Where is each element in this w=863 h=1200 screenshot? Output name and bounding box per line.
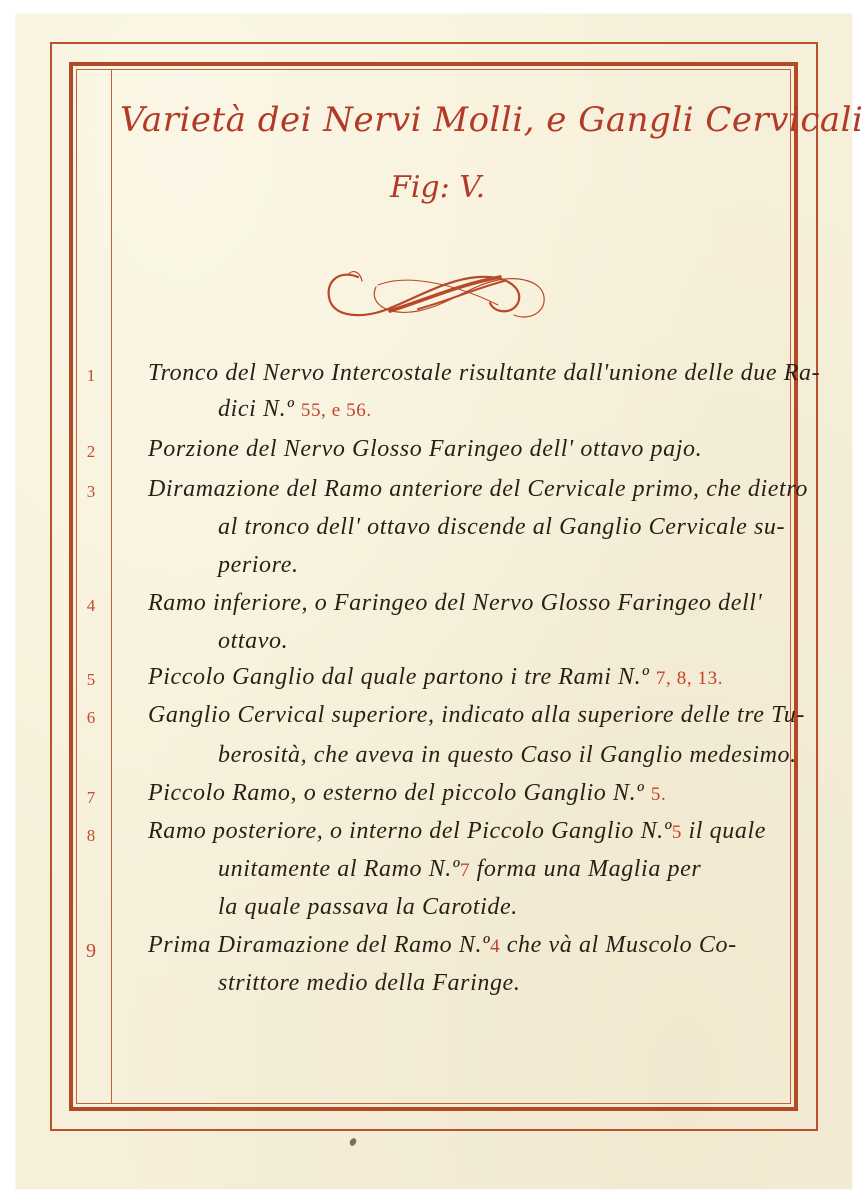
entry-number-4: 4 <box>78 596 104 616</box>
entry-9-line-1-text: Prima Diramazione del Ramo N.º <box>148 932 490 958</box>
entry-1-line-2-text: dici N.º <box>218 396 294 422</box>
entry-number-8: 8 <box>78 826 104 846</box>
figure-label: Fig: V. <box>390 170 485 205</box>
entry-number-3: 3 <box>78 482 104 502</box>
entry-1-refs: 55, e 56. <box>301 400 372 421</box>
entry-8-line-1-after: il quale <box>682 818 766 844</box>
entry-number-5: 5 <box>78 670 104 690</box>
entry-8-line-2-after: forma una Maglia per <box>470 856 701 882</box>
flourish-ornament-icon <box>318 263 554 327</box>
entry-9-ref: 4 <box>490 936 500 957</box>
entry-1-line-2: dici N.º 55, e 56. <box>218 396 372 423</box>
entry-5-line-1: Piccolo Ganglio dal quale partono i tre … <box>148 664 723 691</box>
entry-8-line-3: la quale passava la Carotide. <box>218 894 518 921</box>
entry-number-7: 7 <box>78 788 104 808</box>
entry-7-refs: 5. <box>651 784 666 805</box>
entry-4-line-1: Ramo inferiore, o Faringeo del Nervo Glo… <box>148 590 762 617</box>
entry-6-line-1: Ganglio Cervical superiore, indicato all… <box>148 702 805 729</box>
entry-8-line-2: unitamente al Ramo N.º7 forma una Maglia… <box>218 856 701 883</box>
entry-3-line-2: al tronco dell' ottavo discende al Gangl… <box>218 514 785 541</box>
margin-rule <box>111 69 112 1104</box>
page-title: Varietà dei Nervi Molli, e Gangli Cervic… <box>120 100 780 140</box>
entry-number-9: 9 <box>78 940 104 963</box>
entry-number-6: 6 <box>78 708 104 728</box>
entry-number-2: 2 <box>78 442 104 462</box>
entry-8-ref-1: 5 <box>672 822 682 843</box>
entry-6-line-2: berosità, che aveva in questo Caso il Ga… <box>218 742 797 769</box>
entry-5-refs: 7, 8, 13. <box>656 668 723 689</box>
entry-7-line-1: Piccolo Ramo, o esterno del piccolo Gang… <box>148 780 666 807</box>
entry-7-line-1-text: Piccolo Ramo, o esterno del piccolo Gang… <box>148 780 644 806</box>
entry-8-line-2-text: unitamente al Ramo N.º <box>218 856 460 882</box>
entry-3-line-1: Diramazione del Ramo anteriore del Cervi… <box>148 476 808 503</box>
entry-8-line-1-text: Ramo posteriore, o interno del Piccolo G… <box>148 818 672 844</box>
entry-8-ref-2: 7 <box>460 860 470 881</box>
entry-3-line-3: periore. <box>218 552 299 579</box>
entry-9-line-2: strittore medio della Faringe. <box>218 970 520 997</box>
entry-2-line-1: Porzione del Nervo Glosso Faringeo dell'… <box>148 436 702 463</box>
entry-4-line-2: ottavo. <box>218 628 288 655</box>
entry-5-line-1-text: Piccolo Ganglio dal quale partono i tre … <box>148 664 649 690</box>
entry-8-line-1: Ramo posteriore, o interno del Piccolo G… <box>148 818 766 845</box>
entry-9-line-1: Prima Diramazione del Ramo N.º4 che và a… <box>148 932 737 959</box>
entry-number-1: 1 <box>78 366 104 386</box>
entry-1-line-1: Tronco del Nervo Intercostale risultante… <box>148 360 820 387</box>
entry-9-line-1-after: che và al Muscolo Co- <box>500 932 736 958</box>
